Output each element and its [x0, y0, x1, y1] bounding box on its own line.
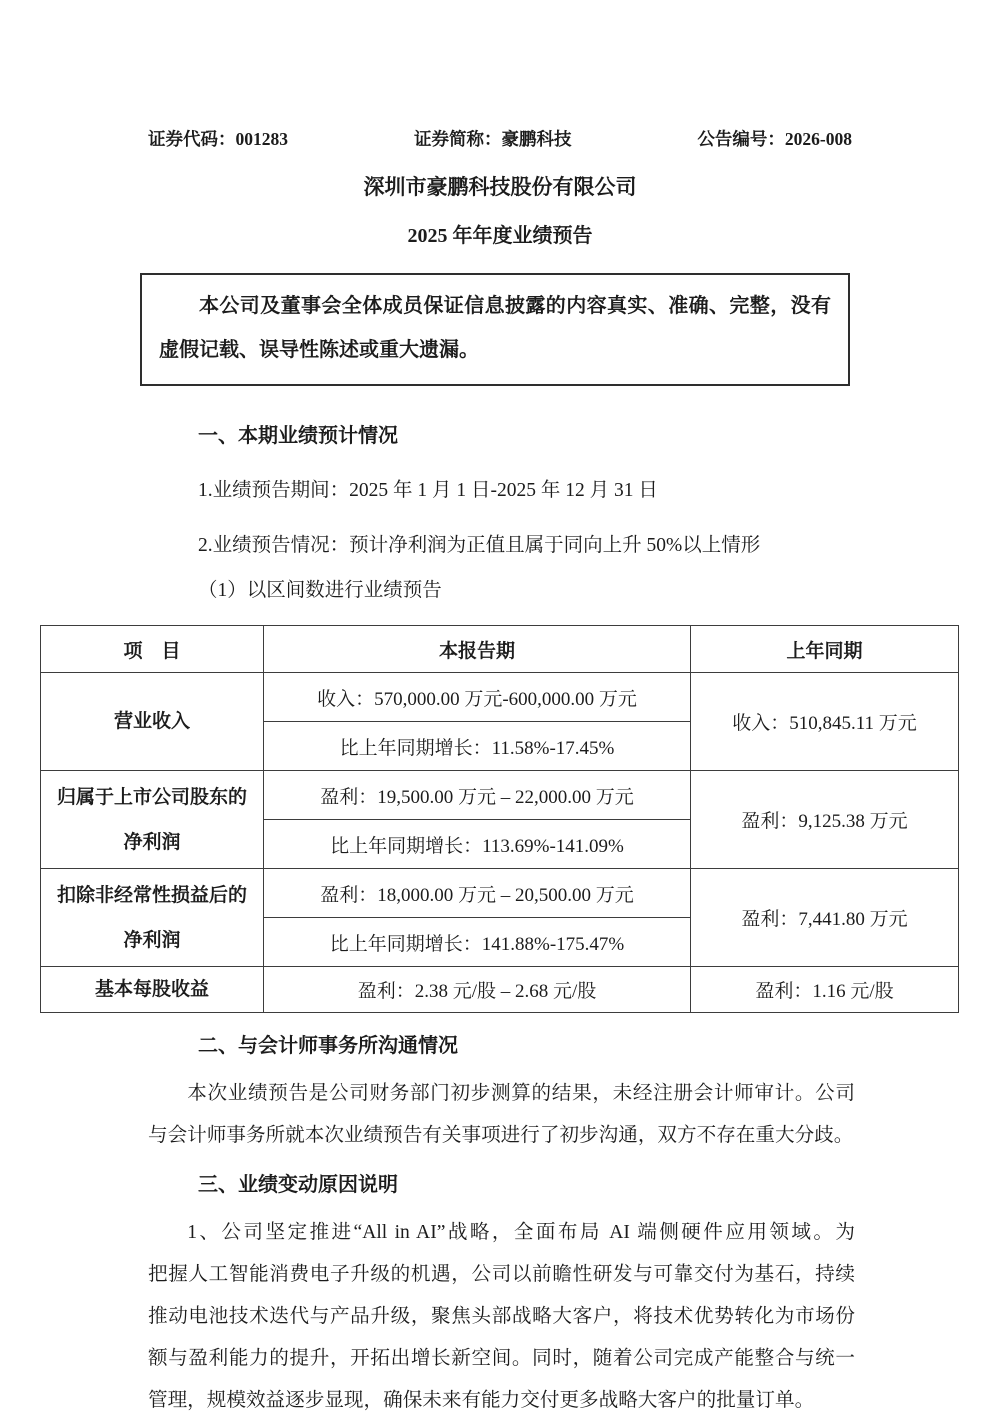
section1-heading: 一、本期业绩预计情况: [148, 424, 852, 448]
stock-code: 证券代码：001283: [148, 128, 288, 150]
paragraph-line: 1、公司坚定推进“All in AI”战略，全面布局 AI 端侧硬件应用领域。为: [148, 1212, 855, 1254]
table-header-row: 项 目 本报告期 上年同期: [41, 626, 959, 673]
paragraph-line: 把握人工智能消费电子升级的机遇，公司以前瞻性研发与可靠交付为基石，持续: [148, 1254, 855, 1296]
table-row: 基本每股收益 盈利：2.38 元/股 – 2.68 元/股 盈利：1.16 元/…: [41, 967, 959, 1013]
revenue-prior-cell: 收入：510,845.11 万元: [691, 673, 959, 771]
row-label-eps: 基本每股收益: [41, 967, 264, 1013]
row-label-net-profit: 归属于上市公司股东的净利润: [41, 771, 264, 869]
section2-heading: 二、与会计师事务所沟通情况: [148, 1034, 852, 1058]
header-meta-row: 证券代码：001283 证券简称：豪鹏科技 公告编号：2026-008: [148, 128, 852, 150]
table-row: 归属于上市公司股东的净利润 盈利：19,500.00 万元 – 22,000.0…: [41, 771, 959, 820]
announcement-number: 公告编号：2026-008: [697, 128, 852, 150]
paragraph-line: 推动电池技术迭代与产品升级，聚焦头部战略大客户，将技术优势转化为市场份: [148, 1296, 855, 1338]
paragraph-line: 额与盈利能力的提升，开拓出增长新空间。同时，随着公司完成产能整合与统一: [148, 1338, 855, 1380]
forecast-period-line: 1.业绩预告期间：2025 年 1 月 1 日-2025 年 12 月 31 日: [148, 479, 855, 503]
eps-prior-cell: 盈利：1.16 元/股: [691, 967, 959, 1013]
forecast-range-line: （1）以区间数进行业绩预告: [148, 579, 855, 603]
deducted-profit-range-cell: 盈利：18,000.00 万元 – 20,500.00 万元: [264, 869, 691, 918]
section3-heading: 三、业绩变动原因说明: [148, 1173, 852, 1197]
table-row: 营业收入 收入：570,000.00 万元-600,000.00 万元 收入：5…: [41, 673, 959, 722]
document-page: 证券代码：001283 证券简称：豪鹏科技 公告编号：2026-008 深圳市豪…: [0, 0, 1000, 1414]
company-title: 深圳市豪鹏科技股份有限公司: [0, 174, 1000, 200]
paragraph-line: 与会计师事务所就本次业绩预告有关事项进行了初步沟通，双方不存在重大分歧。: [148, 1115, 855, 1157]
deducted-profit-prior-cell: 盈利：7,441.80 万元: [691, 869, 959, 967]
paragraph-line: 本次业绩预告是公司财务部门初步测算的结果，未经注册会计师审计。公司: [148, 1073, 855, 1115]
row-label-revenue: 营业收入: [41, 673, 264, 771]
table-row: 扣除非经常性损益后的净利润 盈利：18,000.00 万元 – 20,500.0…: [41, 869, 959, 918]
eps-range-cell: 盈利：2.38 元/股 – 2.68 元/股: [264, 967, 691, 1013]
deducted-profit-growth-cell: 比上年同期增长：141.88%-175.47%: [264, 918, 691, 967]
auditor-communication-paragraph: 本次业绩预告是公司财务部门初步测算的结果，未经注册会计师审计。公司 与会计师事务…: [148, 1073, 855, 1157]
stock-short-name: 证券简称：豪鹏科技: [414, 128, 572, 150]
col-header-current-period: 本报告期: [264, 626, 691, 673]
paragraph-line: 管理，规模效益逐步显现，确保未来有能力交付更多战略大客户的批量订单。: [148, 1380, 855, 1414]
net-profit-prior-cell: 盈利：9,125.38 万元: [691, 771, 959, 869]
col-header-prior-period: 上年同期: [691, 626, 959, 673]
row-label-deducted-profit: 扣除非经常性损益后的净利润: [41, 869, 264, 967]
revenue-range-cell: 收入：570,000.00 万元-600,000.00 万元: [264, 673, 691, 722]
performance-change-reason-paragraph: 1、公司坚定推进“All in AI”战略，全面布局 AI 端侧硬件应用领域。为…: [148, 1212, 855, 1414]
revenue-growth-cell: 比上年同期增长：11.58%-17.45%: [264, 722, 691, 771]
disclosure-notice-text: 本公司及董事会全体成员保证信息披露的内容真实、准确、完整，没有虚假记载、误导性陈…: [159, 295, 831, 361]
performance-forecast-table: 项 目 本报告期 上年同期 营业收入 收入：570,000.00 万元-600,…: [40, 625, 959, 1013]
forecast-situation-line: 2.业绩预告情况：预计净利润为正值且属于同向上升 50%以上情形: [148, 534, 855, 558]
col-header-item: 项 目: [41, 626, 264, 673]
net-profit-growth-cell: 比上年同期增长：113.69%-141.09%: [264, 820, 691, 869]
document-title: 2025 年年度业绩预告: [0, 223, 1000, 249]
net-profit-range-cell: 盈利：19,500.00 万元 – 22,000.00 万元: [264, 771, 691, 820]
disclosure-notice-box: 本公司及董事会全体成员保证信息披露的内容真实、准确、完整，没有虚假记载、误导性陈…: [140, 273, 850, 386]
